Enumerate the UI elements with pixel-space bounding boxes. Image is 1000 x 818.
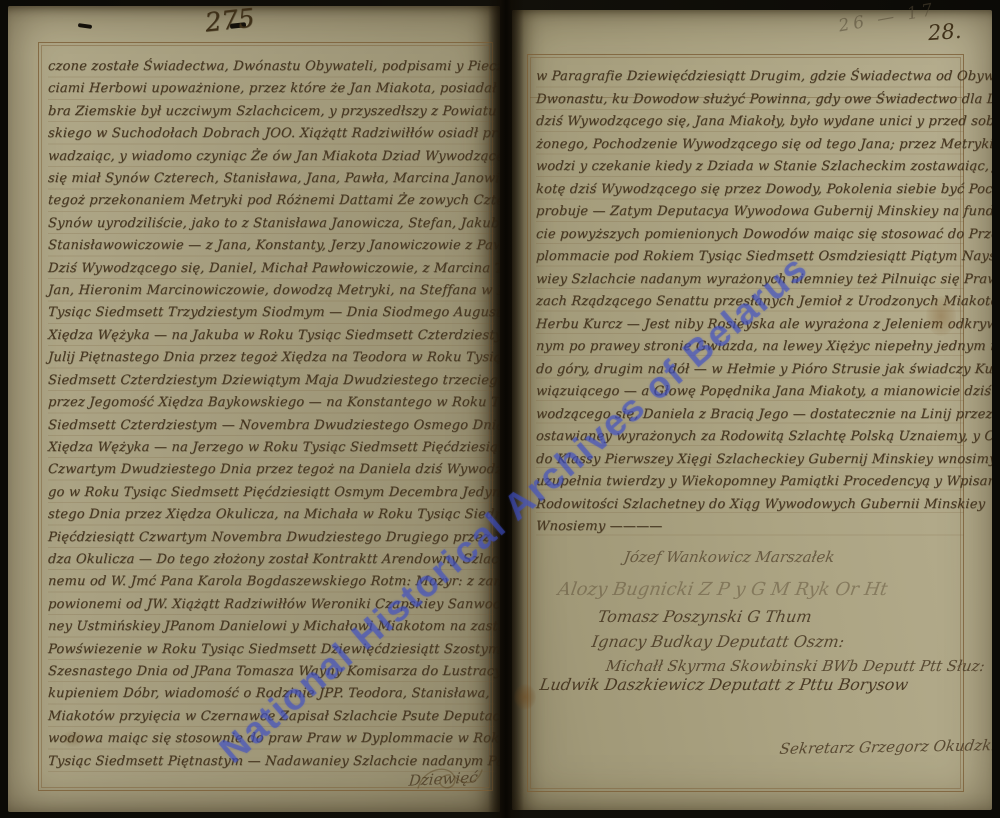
manuscript-line: stego Dnia przez Xiędza Okulicza, na Mic… xyxy=(47,504,494,526)
manuscript-line: wadzaiąc, y wiadomo czyniąc Że ów Jan Mi… xyxy=(47,146,494,168)
manuscript-line: żonego, Pochodzenie Wywodzącego się od t… xyxy=(535,134,964,157)
manuscript-line: zach Rządzącego Senattu przesłanych Jemi… xyxy=(535,291,964,314)
manuscript-line: kotę dziś Wywodzącego się przez Dowody, … xyxy=(535,179,964,202)
manuscript-line: powionemi od JW. Xiążątt Radziwiłłów Wer… xyxy=(47,594,494,616)
manuscript-line: Herbu Kurcz — Jest niby Rosieyska ale wy… xyxy=(535,314,964,337)
manuscript-line: kupieniem Dóbr, wiadomość o Rodzinie JPP… xyxy=(47,683,494,705)
manuscript-line: się miał Synów Czterech, Stanisława, Jan… xyxy=(47,168,494,190)
manuscript-line: Dwonastu, ku Dowodow służyć Powinna, gdy… xyxy=(535,89,964,112)
manuscript-line: bra Ziemskie był uczciwym Szlachcicem, y… xyxy=(47,101,494,123)
manuscript-page-right: w Paragrafie Dziewięćdziesiątt Drugim, g… xyxy=(512,10,992,810)
signature: Ignacy Budkay Deputatt Oszm: xyxy=(590,632,971,651)
manuscript-line: Miakotów przyięcia w Czernawce Zapisał S… xyxy=(47,706,494,728)
manuscript-line: ostawianey wyrażonych za Rodowitą Szlach… xyxy=(535,426,964,449)
manuscript-line: wodowa maiąc się stosownie do praw Praw … xyxy=(47,728,494,750)
manuscript-line: Xiędza Wężyka — na Jerzego w Roku Tysiąc… xyxy=(47,437,494,459)
manuscript-line: nemu od W. Jmć Pana Karola Bogdaszewskie… xyxy=(47,571,494,593)
manuscript-line: Jan, Hieronim Marcinowiczowie, dowodzą M… xyxy=(47,280,494,302)
manuscript-line: Powświezenie w Roku Tysiąc Siedmsett Dzi… xyxy=(47,639,494,661)
manuscript-line: cie powyższych pomienionych Dowodów maią… xyxy=(535,224,964,247)
manuscript-line: Stanisławowiczowie — z Jana, Konstanty, … xyxy=(47,235,494,257)
signature: Józef Wankowicz Marszałek xyxy=(623,548,972,566)
manuscript-line: przez Jegomość Xiędza Baykowskiego — na … xyxy=(47,392,494,414)
manuscript-line: skiego w Suchodołach Dobrach JOO. Xiążąt… xyxy=(47,123,494,145)
manuscript-line: wodzi y czekanie kiedy z Dziada w Stanie… xyxy=(535,156,964,179)
manuscript-line: w Paragrafie Dziewięćdziesiątt Drugim, g… xyxy=(535,66,964,89)
manuscript-line: nym po prawey stronie Gwiazda, na lewey … xyxy=(535,336,964,359)
manuscript-line: Julij Piętnastego Dnia przez tegoż Xiędz… xyxy=(47,347,494,369)
manuscript-line: czone zostałe Świadectwa, Dwónastu Obywa… xyxy=(47,56,494,78)
secretary-signature: Sekretarz Grzegorz Okudzki xyxy=(778,736,992,758)
edge-speck xyxy=(78,23,92,29)
manuscript-line: Synów uyrodziliście, jako to z Stanisław… xyxy=(47,213,494,235)
signature: Tomasz Poszynski G Thum xyxy=(596,607,971,626)
manuscript-line: Szesnastego Dnia od JPana Tomasza Wayny … xyxy=(47,661,494,683)
signature: Alozy Bugnicki Z P y G M Ryk Or Ht xyxy=(556,579,971,600)
manuscript-line: probuje — Zatym Deputacya Wywodowa Guber… xyxy=(535,201,964,224)
folio-number-left: 275 xyxy=(204,3,257,38)
signature: Michałł Skyrma Skowbinski BWb Deputt Ptt… xyxy=(605,657,972,675)
archival-scan: czone zostałe Świadectwa, Dwónastu Obywa… xyxy=(0,0,1000,818)
manuscript-line: Wnosiemy ———— xyxy=(535,516,964,539)
manuscript-text-right: w Paragrafie Dziewięćdziesiątt Drugim, g… xyxy=(536,66,964,539)
manuscript-line: ciami Herbowi upoważnione, przez które ż… xyxy=(47,78,494,100)
manuscript-line: plommacie pod Rokiem Tysiąc Siedmsett Os… xyxy=(535,246,964,269)
manuscript-line: Xiędza Wężyka — na Jakuba w Roku Tysiąc … xyxy=(47,325,494,347)
manuscript-line: Siedmsett Czterdziestym — Novembra Dwudz… xyxy=(47,415,494,437)
signature-block: Józef Wankowicz Marszałek Alozy Bugnicki… xyxy=(540,548,970,694)
manuscript-line: dza Okulicza — Do tego złożony został Ko… xyxy=(47,549,494,571)
manuscript-line: do góry, drugim na dół — w Hełmie y Piór… xyxy=(535,359,964,382)
flourish-ornament xyxy=(414,758,486,798)
manuscript-page-left: czone zostałe Świadectwa, Dwónastu Obywa… xyxy=(8,6,500,812)
manuscript-line: Dziś Wywodzącego się, Daniel, Michał Paw… xyxy=(47,258,494,280)
manuscript-text-left: czone zostałe Świadectwa, Dwónastu Obywa… xyxy=(48,56,494,773)
manuscript-line: Pięćdziesiątt Czwartym Novembra Dwudzies… xyxy=(47,527,494,549)
manuscript-line: do Klassy Pierwszey Xięgi Szlacheckiey G… xyxy=(535,449,964,472)
manuscript-line: wiązuiącego — a Głowę Popędnika Jana Mia… xyxy=(535,381,964,404)
manuscript-line: go w Roku Tysiąc Siedmsett Pięćdziesiątt… xyxy=(47,482,494,504)
manuscript-line: ney Ustmińskiey JPanom Danielowi y Micha… xyxy=(47,616,494,638)
signature: Ludwik Daszkiewicz Deputatt z Pttu Borys… xyxy=(538,675,971,694)
manuscript-line: dziś Wywodzącego się, Jana Miakoły, było… xyxy=(535,111,964,134)
manuscript-line: wodzącego się, Daniela z Bracią Jego — d… xyxy=(535,404,964,427)
manuscript-line: tegoż przekonaniem Metryki pod Różnemi D… xyxy=(47,190,494,212)
manuscript-line: Czwartym Dwudziestego Dnia przez tegoż n… xyxy=(47,459,494,481)
manuscript-line: Tysiąc Siedmsett Trzydziestym Siodmym — … xyxy=(47,302,494,324)
manuscript-line: wiey Szlachcie nadanym wyrażonych niemni… xyxy=(535,269,964,292)
manuscript-line: Rodowitości Szlachetney do Xiąg Wywodowy… xyxy=(535,494,964,517)
manuscript-line: uzupełnia twierdzy y Wiekopomney Pamiątk… xyxy=(535,471,964,494)
manuscript-line: Siedmsett Czterdziestym Dziewiątym Maja … xyxy=(47,370,494,392)
folio-number-right: 28. xyxy=(927,19,962,45)
